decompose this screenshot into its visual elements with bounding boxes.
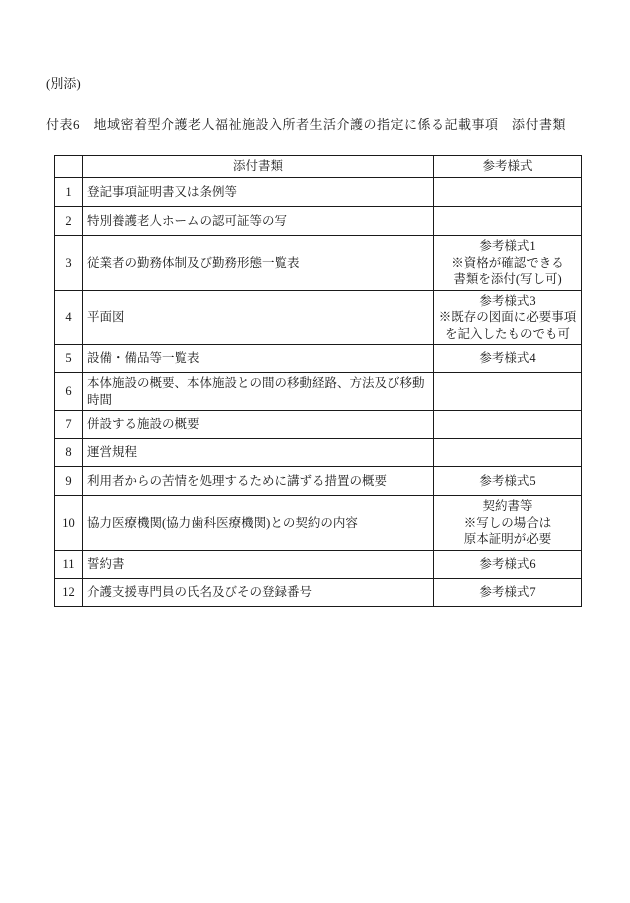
- row-number: 12: [55, 578, 83, 606]
- document-name: 介護支援専門員の氏名及びその登録番号: [83, 578, 434, 606]
- reference-format: 参考様式6: [434, 550, 582, 578]
- row-number: 8: [55, 439, 83, 467]
- reference-format: [434, 411, 582, 439]
- row-number: 6: [55, 373, 83, 411]
- document-page: (別添) 付表6 地域密着型介護老人福祉施設入所者生活介護の指定に係る記載事項 …: [0, 0, 630, 903]
- document-name: 利用者からの苦情を処理するために講ずる措置の概要: [83, 467, 434, 496]
- document-name: 運営規程: [83, 439, 434, 467]
- table-row: 3 従業者の勤務体制及び勤務形態一覧表 参考様式1 ※資格が確認できる 書類を添…: [55, 236, 582, 291]
- row-number: 1: [55, 178, 83, 207]
- row-number: 5: [55, 345, 83, 373]
- reference-format: 参考様式4: [434, 345, 582, 373]
- header-reference-format: 参考様式: [434, 156, 582, 178]
- table-row: 6 本体施設の概要、本体施設との間の移動経路、方法及び移動時間: [55, 373, 582, 411]
- reference-format: 参考様式7: [434, 578, 582, 606]
- reference-format: 参考様式1 ※資格が確認できる 書類を添付(写し可): [434, 236, 582, 291]
- reference-format: [434, 178, 582, 207]
- document-name: 登記事項証明書又は条例等: [83, 178, 434, 207]
- document-name: 誓約書: [83, 550, 434, 578]
- reference-format: [434, 373, 582, 411]
- table-row: 12 介護支援専門員の氏名及びその登録番号 参考様式7: [55, 578, 582, 606]
- document-name: 協力医療機関(協力歯科医療機関)との契約の内容: [83, 496, 434, 551]
- row-number: 9: [55, 467, 83, 496]
- header-number: [55, 156, 83, 178]
- page-title: 付表6 地域密着型介護老人福祉施設入所者生活介護の指定に係る記載事項 添付書類: [46, 117, 566, 133]
- reference-format: 参考様式5: [434, 467, 582, 496]
- row-number: 2: [55, 207, 83, 236]
- table-row: 7 併設する施設の概要: [55, 411, 582, 439]
- document-name: 併設する施設の概要: [83, 411, 434, 439]
- row-number: 10: [55, 496, 83, 551]
- row-number: 4: [55, 290, 83, 345]
- table-row: 5 設備・備品等一覧表 参考様式4: [55, 345, 582, 373]
- document-name: 従業者の勤務体制及び勤務形態一覧表: [83, 236, 434, 291]
- table-row: 8 運営規程: [55, 439, 582, 467]
- header-document: 添付書類: [83, 156, 434, 178]
- row-number: 11: [55, 550, 83, 578]
- document-name: 特別養護老人ホームの認可証等の写: [83, 207, 434, 236]
- table-row: 10 協力医療機関(協力歯科医療機関)との契約の内容 契約書等 ※写しの場合は …: [55, 496, 582, 551]
- row-number: 3: [55, 236, 83, 291]
- reference-format: [434, 439, 582, 467]
- attachment-documents-table: 添付書類 参考様式 1 登記事項証明書又は条例等 2 特別養護老人ホームの認可証…: [54, 155, 582, 607]
- reference-format: [434, 207, 582, 236]
- table-row: 9 利用者からの苦情を処理するために講ずる措置の概要 参考様式5: [55, 467, 582, 496]
- document-name: 設備・備品等一覧表: [83, 345, 434, 373]
- table-header-row: 添付書類 参考様式: [55, 156, 582, 178]
- document-name: 平面図: [83, 290, 434, 345]
- table-row: 1 登記事項証明書又は条例等: [55, 178, 582, 207]
- table-row: 4 平面図 参考様式3 ※既存の図面に必要事項 を記入したものでも可: [55, 290, 582, 345]
- attachment-note: (別添): [46, 76, 81, 92]
- reference-format: 契約書等 ※写しの場合は 原本証明が必要: [434, 496, 582, 551]
- reference-format: 参考様式3 ※既存の図面に必要事項 を記入したものでも可: [434, 290, 582, 345]
- table-row: 2 特別養護老人ホームの認可証等の写: [55, 207, 582, 236]
- row-number: 7: [55, 411, 83, 439]
- document-name: 本体施設の概要、本体施設との間の移動経路、方法及び移動時間: [83, 373, 434, 411]
- table-row: 11 誓約書 参考様式6: [55, 550, 582, 578]
